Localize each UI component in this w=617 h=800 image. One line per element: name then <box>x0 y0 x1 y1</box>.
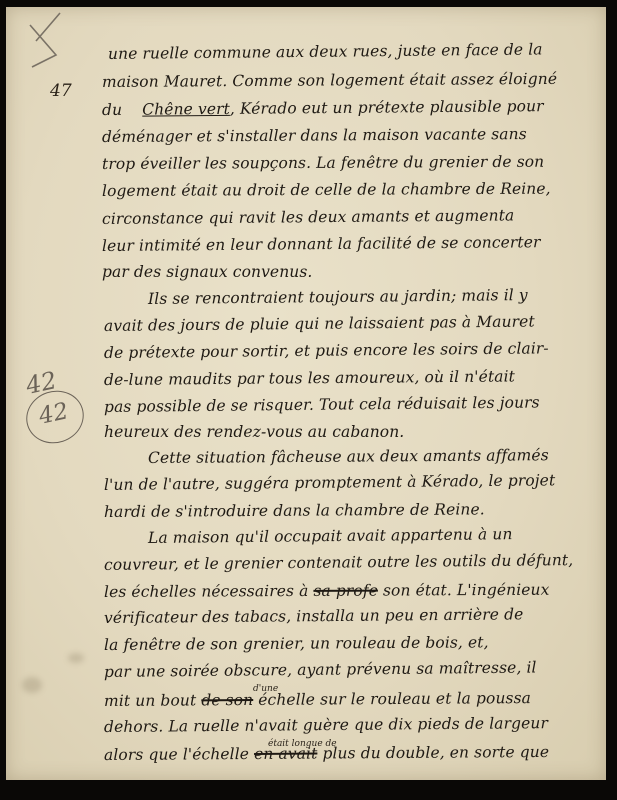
text-line: logement était au droit de celle de la c… <box>102 180 551 200</box>
text-line: une ruelle commune aux deux rues, juste … <box>108 40 543 63</box>
text-line: la fenêtre de son grenier, un rouleau de… <box>104 633 489 654</box>
text-fragment: les échelles nécessaires à <box>104 582 309 601</box>
text-line: La maison qu'il occupait avait appartenu… <box>148 525 513 547</box>
text-line: mit un bout de son échelle sur le roulea… <box>104 689 531 710</box>
paper-stain <box>22 677 42 693</box>
struck-out-text: en avait <box>254 745 317 763</box>
text-line: hardi de s'introduire dans la chambre de… <box>104 500 485 521</box>
text-line: les échelles nécessaires à sa profe son … <box>104 581 550 601</box>
underlined-place-name: Chêne vert <box>142 100 230 119</box>
text-line: maison Mauret. Comme son logement était … <box>102 70 557 91</box>
text-line: déménager et s'installer dans la maison … <box>102 125 527 146</box>
text-fragment: échelle sur le rouleau et la poussa <box>258 689 531 709</box>
text-fragment: mit un bout <box>104 691 196 710</box>
text-line: l'un de l'autre, suggéra promptement à K… <box>104 471 555 494</box>
text-fragment: alors que l'échelle <box>104 745 249 764</box>
text-line: de prétexte pour sortir, et puis encore … <box>104 339 549 362</box>
text-fragment: , Kérado eut un prétexte plausible pour <box>230 97 544 118</box>
text-line: couvreur, et le grenier contenait outre … <box>104 551 573 574</box>
manuscript-page: 47 42 42 une ruelle commune aux deux rue… <box>6 7 606 780</box>
text-line: avait des jours de pluie qui ne laissaie… <box>104 312 535 335</box>
text-line: alors que l'échelle en avait plus du dou… <box>104 743 549 764</box>
struck-out-text: sa profe <box>313 582 378 600</box>
struck-out-text: de son <box>201 691 253 709</box>
text-line: par des signaux convenus. <box>102 263 312 281</box>
text-line: trop éveiller les soupçons. La fenêtre d… <box>102 153 544 173</box>
text-line: par une soirée obscure, ayant prévenu sa… <box>104 658 537 681</box>
text-line: dehors. La ruelle n'avait guère que dix … <box>104 714 548 736</box>
text-fragment: plus du double, en sorte que <box>322 743 549 763</box>
pencil-cross-mark-icon <box>20 11 70 71</box>
text-line: Cette situation fâcheuse aux deux amants… <box>148 446 549 467</box>
text-line: vérificateur des tabacs, installa un peu… <box>104 605 524 627</box>
text-fragment: du <box>102 101 122 119</box>
folio-number-top: 47 <box>50 81 72 101</box>
text-line: du Chêne vert, Kérado eut un prétexte pl… <box>102 97 544 119</box>
text-line: circonstance qui ravit les deux amants e… <box>102 206 515 228</box>
paper-stain <box>68 653 84 663</box>
text-line: heureux des rendez-vous au cabanon. <box>104 423 404 441</box>
text-line: leur intimité en leur donnant la facilit… <box>102 233 541 255</box>
text-line: pas possible de se risquer. Tout cela ré… <box>104 393 540 416</box>
text-line: Ils se rencontraient toujours au jardin;… <box>148 286 528 308</box>
text-line: de-lune maudits par tous les amoureux, o… <box>104 367 515 389</box>
text-fragment: son état. L'ingénieux <box>383 581 550 600</box>
